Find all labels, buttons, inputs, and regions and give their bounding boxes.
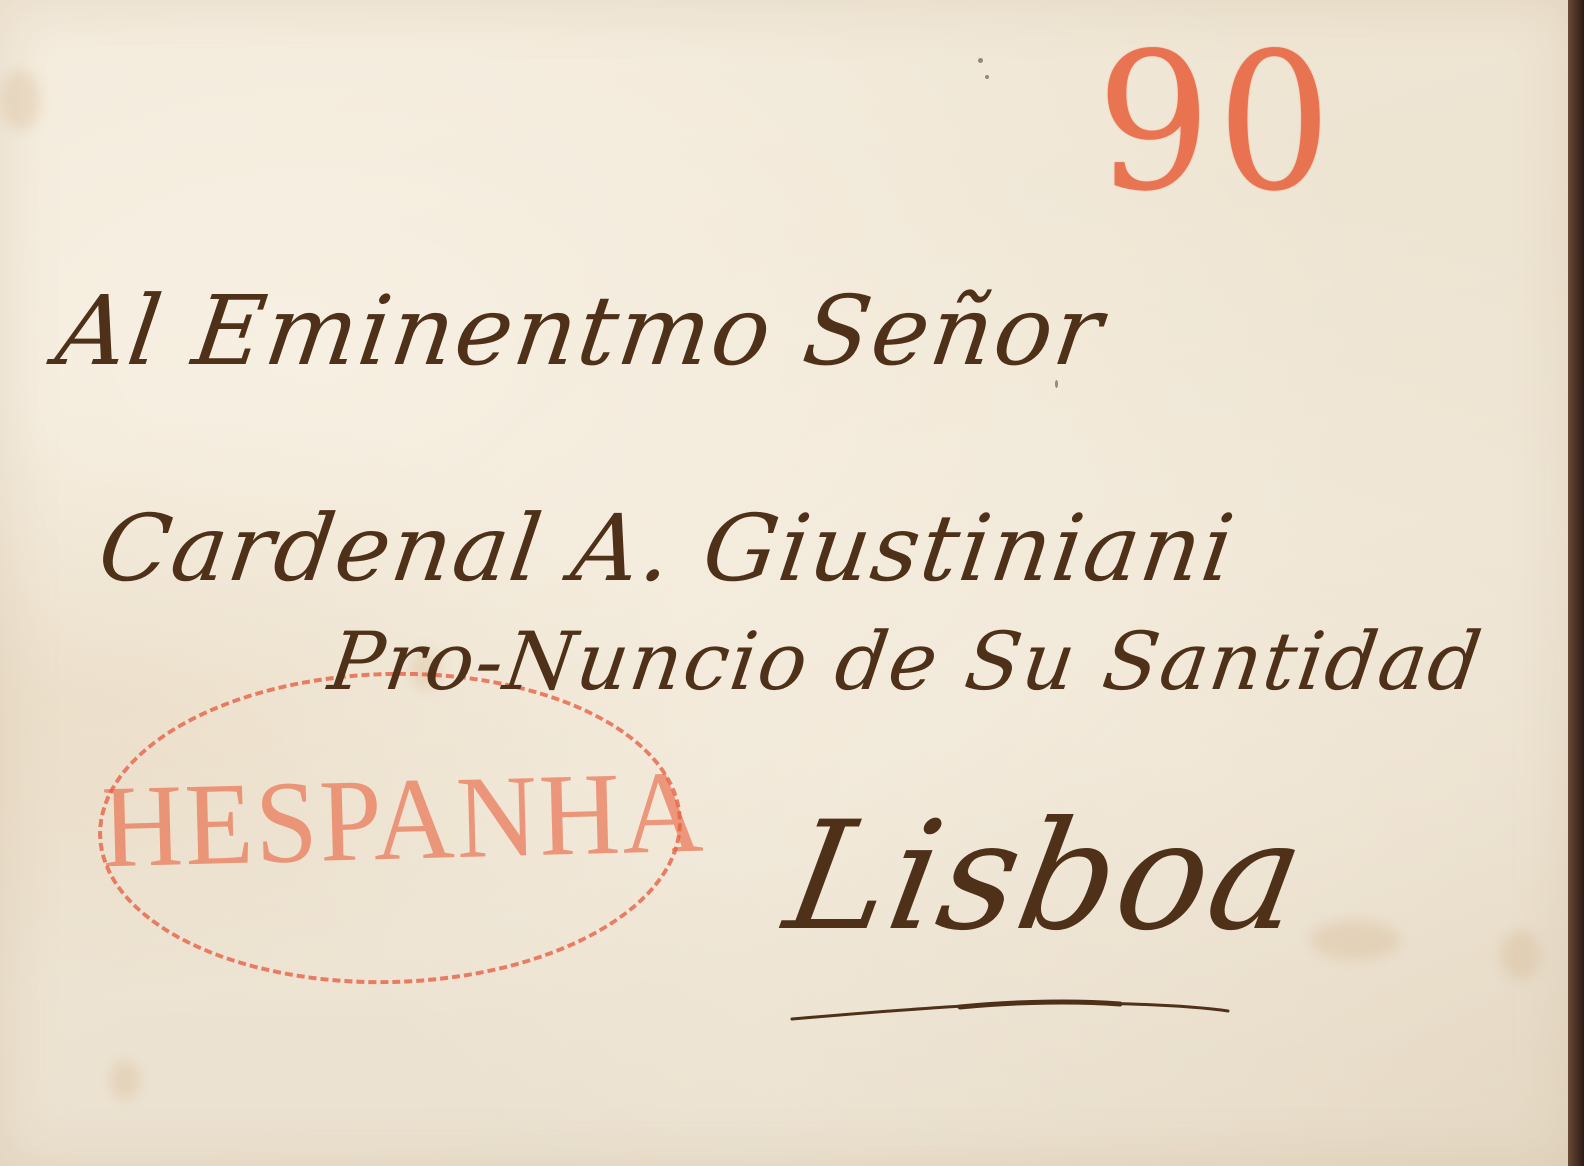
origin-postmark-oval: HESPANHA — [94, 664, 686, 991]
paper-stain — [1310, 920, 1400, 960]
paper-stain — [110, 1060, 140, 1100]
address-city: Lisboa — [775, 790, 1318, 964]
postage-rate-mark: 90 — [1096, 28, 1337, 218]
paper-stain — [1500, 930, 1540, 980]
ink-speck — [978, 58, 983, 63]
ink-speck — [985, 75, 989, 79]
address-recipient-name: Cardenal A. Giustiniani — [92, 495, 1241, 602]
envelope-cover: 90 HESPANHA Al Eminentmo Señor Cardenal … — [0, 0, 1570, 1166]
origin-postmark-text: HESPANHA — [100, 754, 679, 887]
address-recipient-title: Pro-Nuncio de Su Santidad — [323, 615, 1488, 708]
underline-flourish — [790, 995, 1230, 1025]
address-salutation: Al Eminentmo Señor — [50, 275, 1111, 387]
envelope-edge-shadow — [1568, 0, 1584, 1166]
paper-stain — [0, 70, 40, 130]
